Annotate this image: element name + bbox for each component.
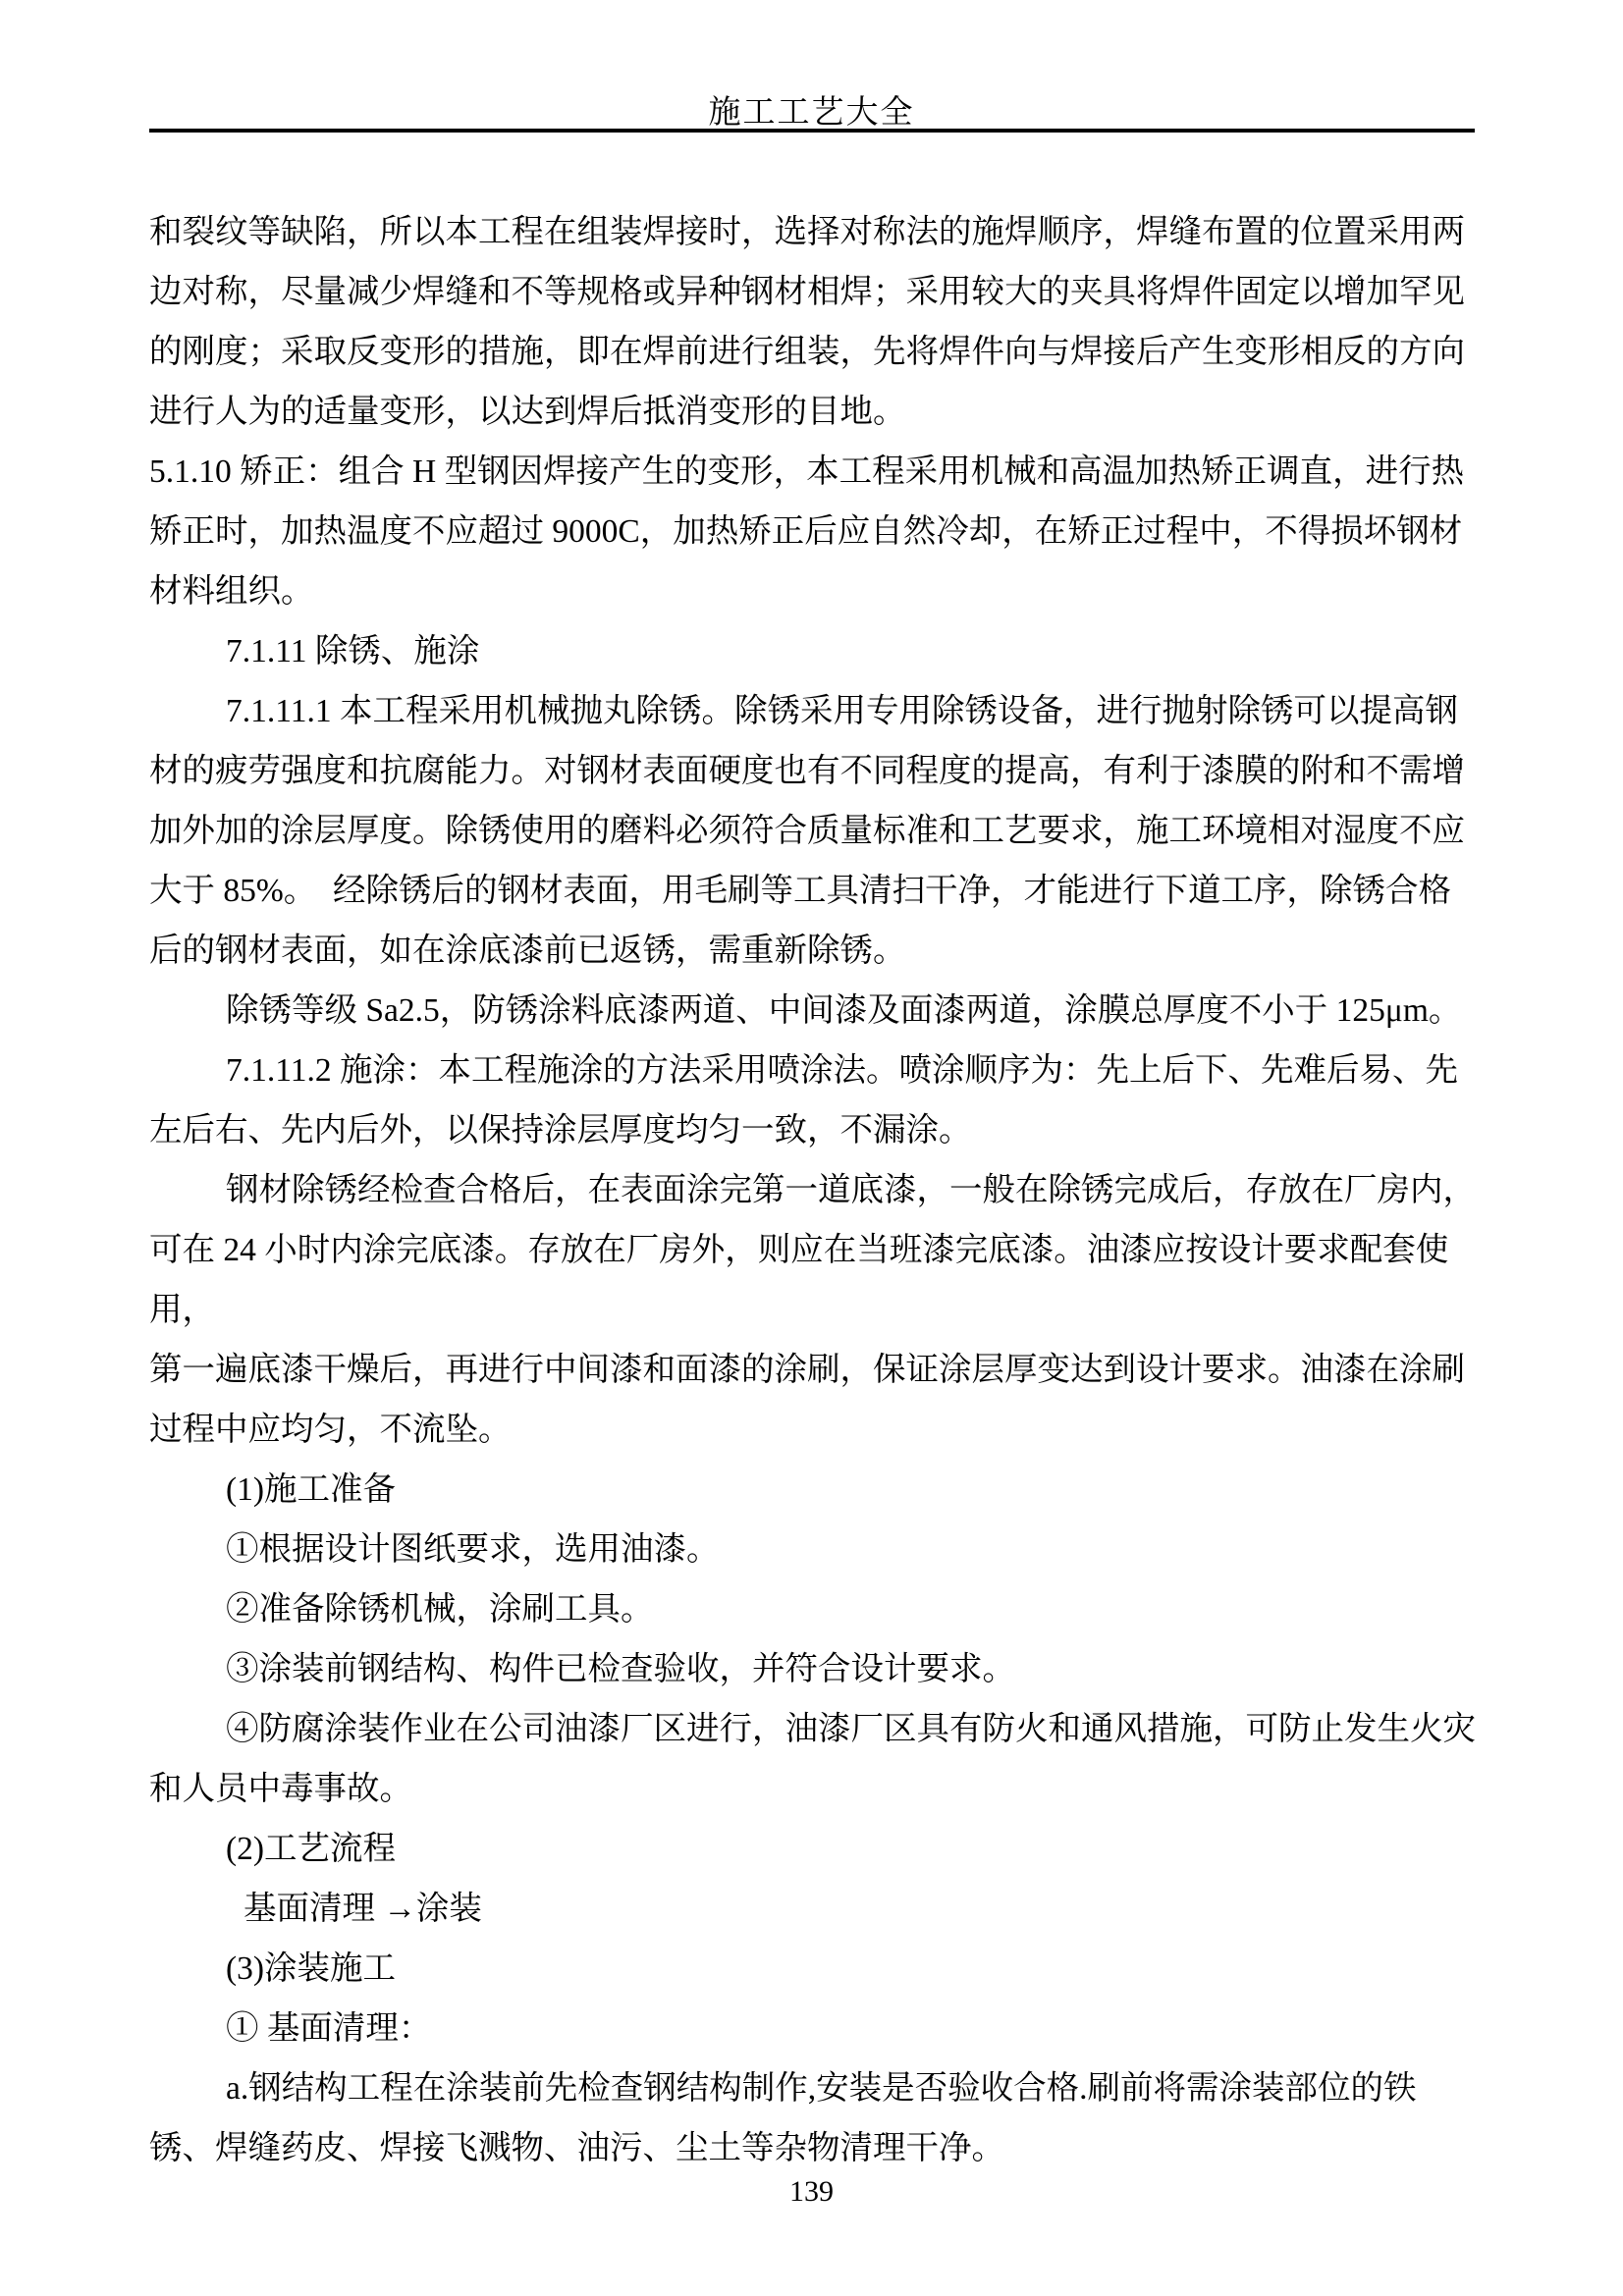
list-item-circled-1: ①根据设计图纸要求，选用油漆。	[149, 1520, 1481, 1579]
section-7-1-11-heading: 7.1.11 除锈、施涂	[149, 621, 1481, 681]
page-header-title: 施工工艺大全	[0, 86, 1623, 133]
text-line: 左后右、先内后外，以保持涂层厚度均匀一致，不漏涂。	[149, 1100, 1481, 1160]
process-flow-line: 基面清理 →涂装	[149, 1879, 1481, 1939]
text-line: 进行人为的适量变形，以达到焊后抵消变形的目地。	[149, 382, 1481, 442]
document-page: 施工工艺大全 和裂纹等缺陷，所以本工程在组装焊接时，选择对称法的施焊顺序，焊缝布…	[0, 0, 1623, 2296]
text-line: 边对称，尽量减少焊缝和不等规格或异种钢材相焊；采用较大的夹具将焊件固定以增加罕见	[149, 262, 1481, 322]
text-line: 的刚度；采取反变形的措施，即在焊前进行组装，先将焊件向与焊接后产生变形相反的方向	[149, 322, 1481, 382]
section-5-1-10-line: 5.1.10 矫正：组合 H 型钢因焊接产生的变形，本工程采用机械和高温加热矫正…	[149, 442, 1481, 502]
text-line: 可在 24 小时内涂完底漆。存放在厂房外，则应在当班漆完底漆。油漆应按设计要求配…	[149, 1220, 1481, 1340]
header-rule-divider	[149, 129, 1475, 133]
list-item-circled-4: ④防腐涂装作业在公司油漆厂区进行，油漆厂区具有防火和通风措施，可防止发生火灾	[149, 1699, 1481, 1759]
text-line: 加外加的涂层厚度。除锈使用的磨料必须符合质量标准和工艺要求，施工环境相对湿度不应	[149, 801, 1481, 861]
text-line: 矫正时，加热温度不应超过 9000C，加热矫正后应自然冷却，在矫正过程中，不得损…	[149, 502, 1481, 561]
list-item-circled-3: ③涂装前钢结构、构件已检查验收，并符合设计要求。	[149, 1639, 1481, 1699]
list-item-1-heading: (1)施工准备	[149, 1460, 1481, 1520]
section-7-1-11-2-line: 7.1.11.2 施涂：本工程施涂的方法采用喷涂法。喷涂顺序为：先上后下、先难后…	[149, 1041, 1481, 1100]
section-7-1-11-1-line: 7.1.11.1 本工程采用机械抛丸除锈。除锈采用专用除锈设备，进行抛射除锈可以…	[149, 681, 1481, 741]
text-line: 第一遍底漆干燥后，再进行中间漆和面漆的涂刷，保证涂层厚变达到设计要求。油漆在涂刷	[149, 1340, 1481, 1400]
text-line: 钢材除锈经检查合格后，在表面涂完第一道底漆，一般在除锈完成后，存放在厂房内，	[149, 1160, 1481, 1220]
text-line: 大于 85%。 经除锈后的钢材表面，用毛刷等工具清扫干净，才能进行下道工序，除锈…	[149, 861, 1481, 921]
text-line: 材的疲劳强度和抗腐能力。对钢材表面硬度也有不同程度的提高，有利于漆膜的附和不需增	[149, 741, 1481, 801]
text-line: 过程中应均匀，不流坠。	[149, 1400, 1481, 1460]
text-line: 和人员中毒事故。	[149, 1759, 1481, 1819]
document-body: 和裂纹等缺陷，所以本工程在组装焊接时，选择对称法的施焊顺序，焊缝布置的位置采用两…	[149, 202, 1481, 2178]
text-line: 和裂纹等缺陷，所以本工程在组装焊接时，选择对称法的施焊顺序，焊缝布置的位置采用两	[149, 202, 1481, 262]
list-item-3-heading: (3)涂装施工	[149, 1939, 1481, 1999]
text-line: 材料组织。	[149, 561, 1481, 621]
text-line: 锈、焊缝药皮、焊接飞溅物、油污、尘土等杂物清理干净。	[149, 2118, 1481, 2178]
text-line: 除锈等级 Sa2.5，防锈涂料底漆两道、中间漆及面漆两道，涂膜总厚度不小于 12…	[149, 981, 1481, 1041]
text-line: 后的钢材表面，如在涂底漆前已返锈，需重新除锈。	[149, 921, 1481, 981]
list-item-2-heading: (2)工艺流程	[149, 1819, 1481, 1879]
list-item-circled-1-b: ① 基面清理：	[149, 1999, 1481, 2058]
page-number: 139	[0, 2175, 1623, 2209]
text-line: a.钢结构工程在涂装前先检查钢结构制作,安装是否验收合格.刷前将需涂装部位的铁	[149, 2058, 1481, 2118]
list-item-circled-2: ②准备除锈机械，涂刷工具。	[149, 1579, 1481, 1639]
